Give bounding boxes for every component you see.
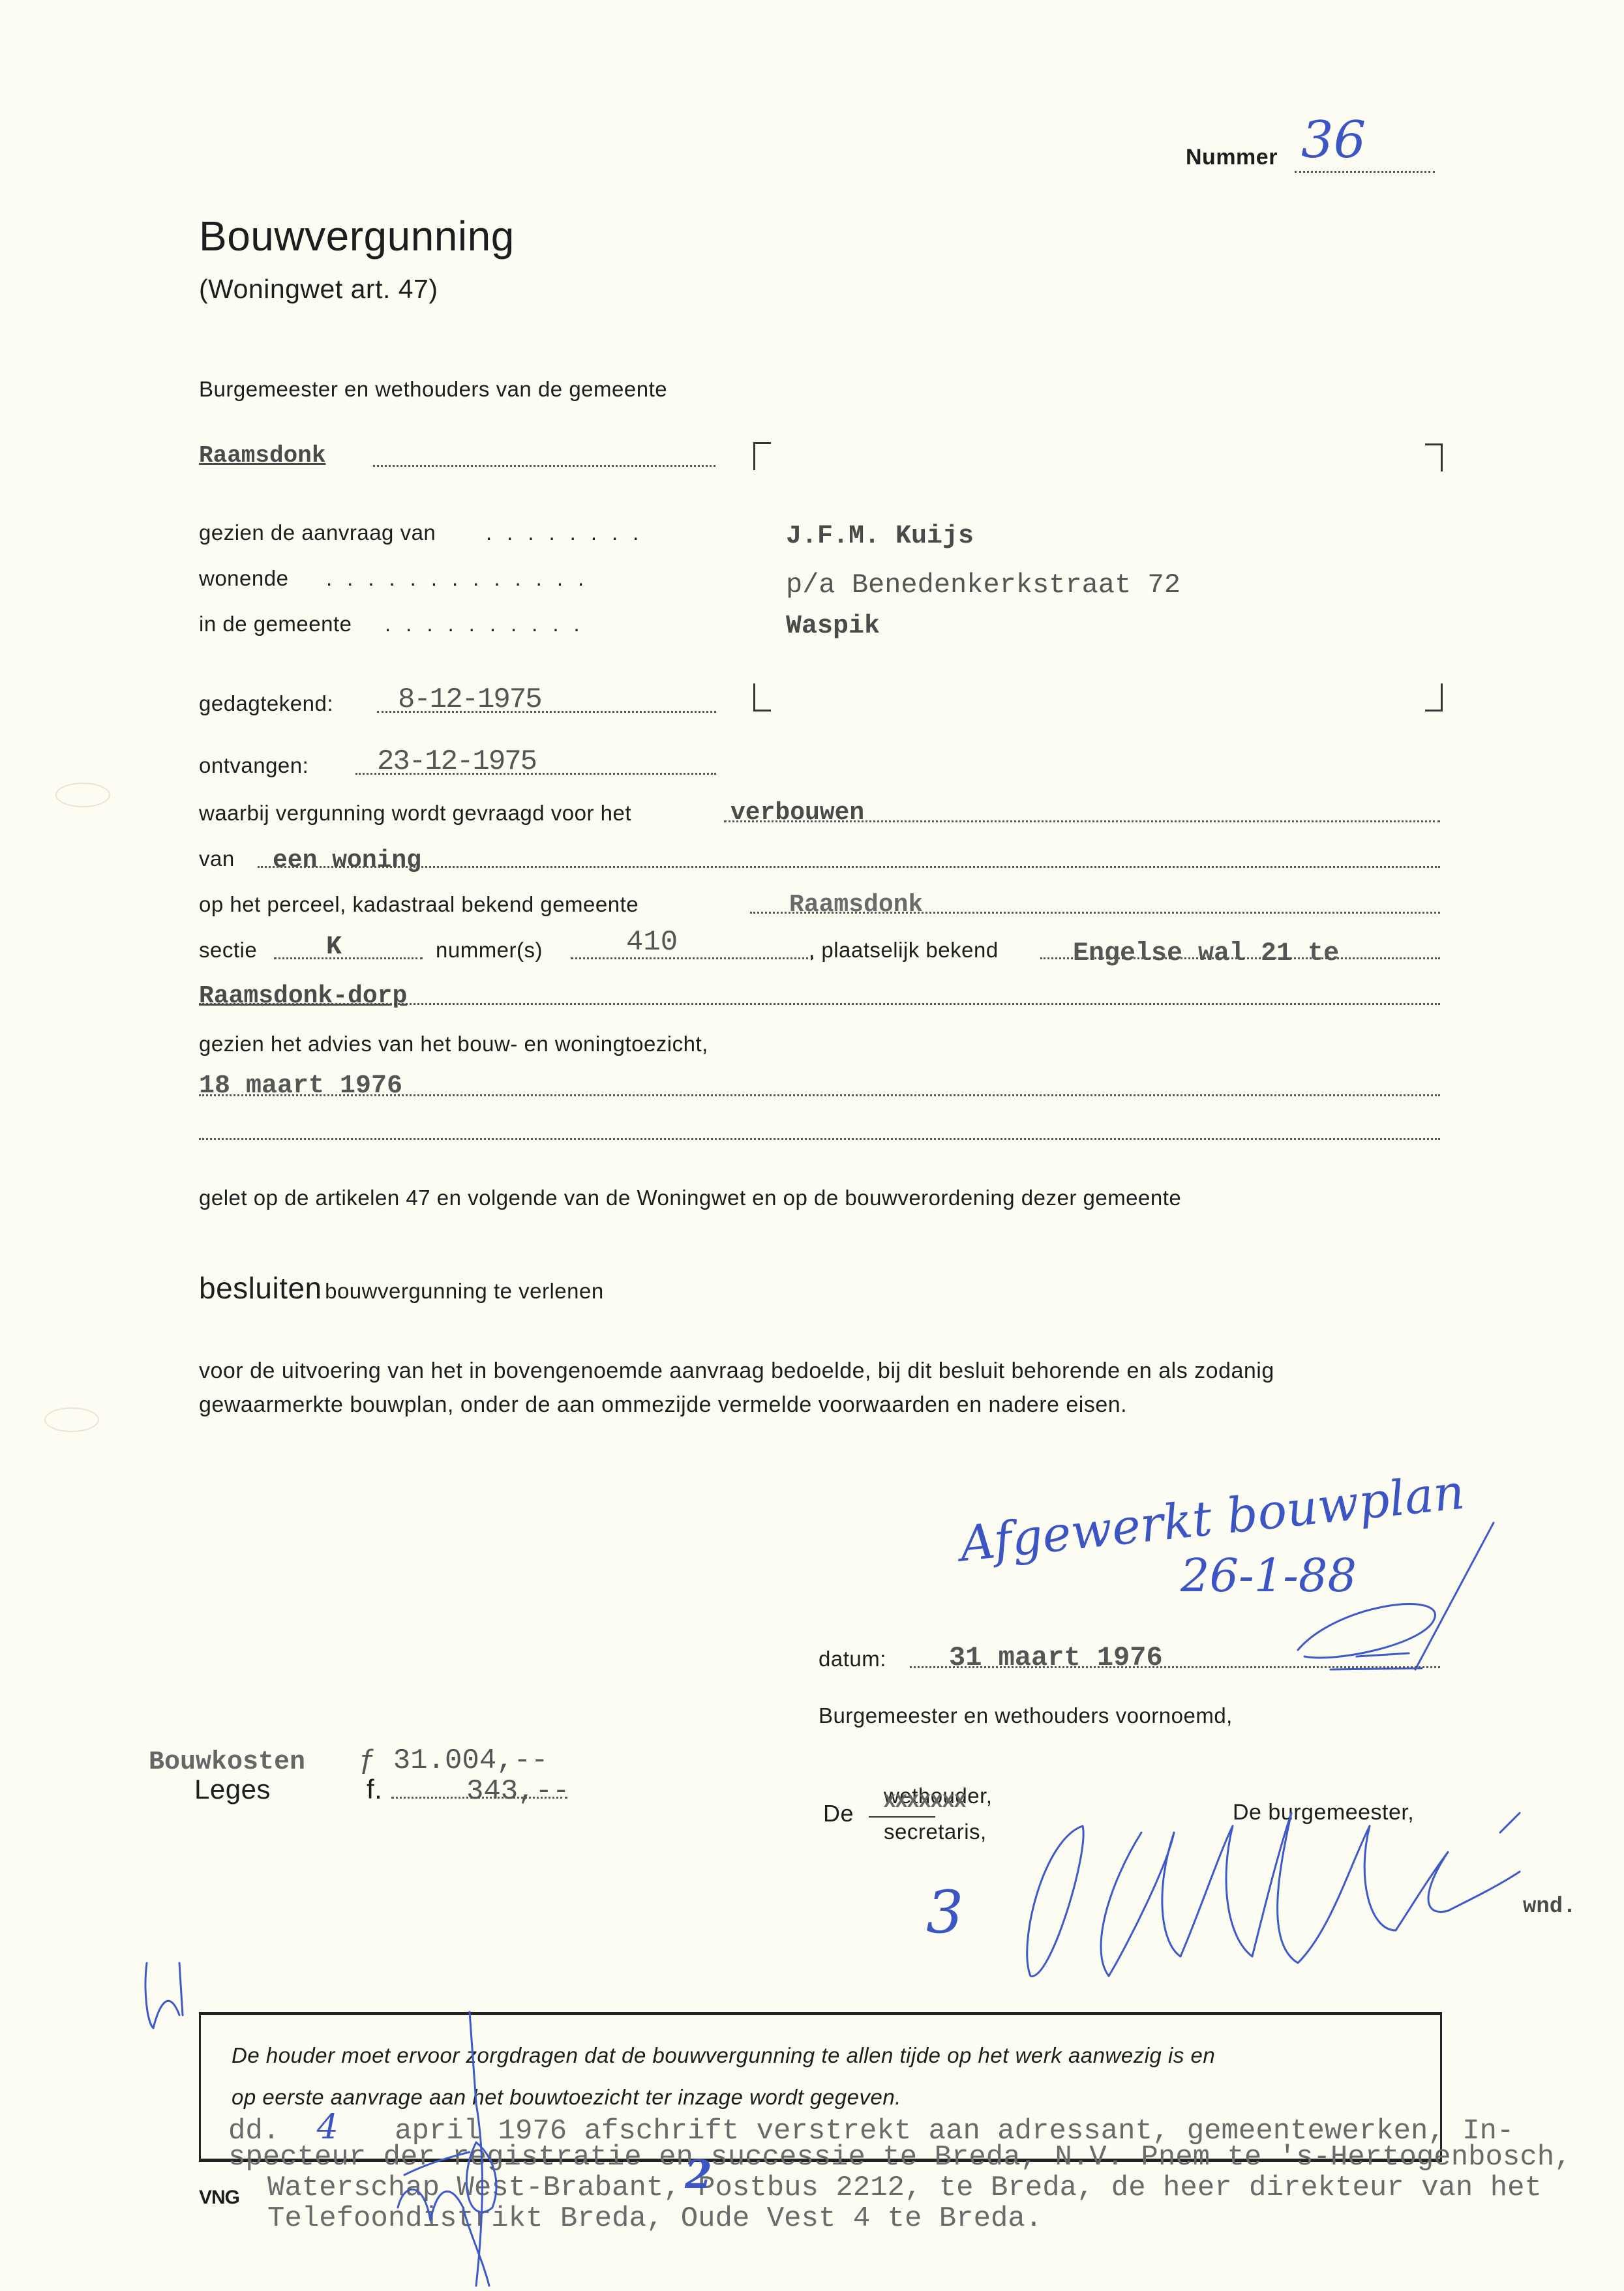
window-corner-tl [753, 442, 771, 470]
window-corner-bl [753, 683, 771, 711]
date-label: datum: [819, 1647, 886, 1671]
page-title: Bouwvergunning [199, 212, 515, 260]
decision-bold: besluiten [199, 1271, 322, 1305]
section-line [274, 957, 423, 959]
applicant-city: Waspik [786, 612, 880, 641]
page-subtitle: (Woningwet art. 47) [199, 274, 438, 305]
fees-value: 343,-- [466, 1775, 569, 1808]
wnd-label: wnd. [1523, 1894, 1576, 1919]
purpose-label: waarbij vergunning wordt gevraagd voor h… [199, 801, 631, 826]
execution-line-1: voor de uitvoering van het in bovengenoe… [199, 1358, 1274, 1384]
postbus-correction: 2 [685, 2152, 712, 2198]
of-line [258, 866, 1440, 868]
authority-text: Burgemeester en wethouders van de gemeen… [199, 377, 667, 402]
received-date-label: ontvangen: [199, 753, 308, 778]
municipality-label: in de gemeente [199, 612, 352, 636]
number-value: 36 [1301, 111, 1366, 170]
section-label: sectie [199, 938, 257, 963]
numbers-label: nummer(s) [436, 938, 543, 963]
date-value: 31 maart 1976 [949, 1642, 1163, 1673]
request-dots: ........ [486, 520, 654, 545]
locally-known-label: , plaatselijk bekend [809, 938, 999, 963]
window-corner-br [1425, 683, 1443, 711]
request-label: gezien de aanvraag van [199, 520, 436, 545]
advice-value: 18 maart 1976 [199, 1071, 402, 1101]
parcel-municipality: Raamsdonk [789, 891, 923, 919]
signed-date-value: 8-12-1975 [398, 683, 541, 716]
publisher-mark: VNG [199, 2187, 239, 2209]
municipality-line [373, 465, 715, 467]
secretary-mark: 3 [926, 1878, 963, 1947]
fees-label: Leges [194, 1774, 271, 1805]
signed-date-label: gedagtekend: [199, 691, 333, 716]
number-field-line [1295, 171, 1435, 173]
municipality-value: Raamsdonk [199, 442, 325, 469]
decision-line: besluiten bouwvergunning te verlenen [199, 1270, 604, 1306]
section-value: K [326, 933, 342, 962]
window-corner-tr [1425, 443, 1443, 472]
locally-known-value: Engelse wal 21 te [1073, 939, 1339, 968]
locally-known-value-2: Raamsdonk-dorp [199, 982, 407, 1010]
residing-label: wonende [199, 566, 288, 591]
mayor-signature [1004, 1813, 1526, 1983]
role-divider [869, 1816, 935, 1818]
residing-dots: ............. [326, 566, 599, 591]
advice-line-2 [199, 1138, 1440, 1140]
distribution-scribble [378, 2012, 509, 2286]
decision-rest: bouwvergunning te verlenen [325, 1279, 604, 1303]
role-secretary: secretaris, [884, 1819, 987, 1844]
numbers-value: 410 [626, 926, 678, 959]
closing-text: Burgemeester en wethouders voornoemd, [819, 1703, 1233, 1728]
purpose-value: verbouwen [730, 799, 864, 827]
applicant-name: J.F.M. Kuijs [786, 522, 974, 551]
punch-hole-top [55, 783, 110, 807]
notice-line-2: op eerste aanvrage aan het bouwtoezicht … [232, 2085, 901, 2110]
numbers-line [571, 957, 813, 959]
parcel-label: op het perceel, kadastraal bekend gemeen… [199, 892, 639, 917]
fees-prefix: f. [367, 1774, 382, 1805]
de-label: De [823, 1800, 854, 1827]
articles-text: gelet op de artikelen 47 en volgende van… [199, 1186, 1181, 1210]
role-struck-overtype: XXXXXXX [884, 1791, 966, 1814]
municipality-dots: .......... [385, 612, 595, 636]
execution-line-2: gewaarmerkte bouwplan, onder de aan omme… [199, 1392, 1127, 1418]
of-label: van [199, 846, 235, 871]
advice-label: gezien het advies van het bouw- en wonin… [199, 1032, 708, 1056]
building-costs-label: Bouwkosten [149, 1748, 305, 1777]
applicant-address: p/a Benedenkerkstraat 72 [786, 569, 1180, 601]
initials-scribble [1272, 1520, 1500, 1676]
number-label: Nummer [1186, 145, 1278, 170]
building-costs-value: ƒ 31.004,-- [359, 1744, 548, 1777]
received-date-value: 23-12-1975 [377, 745, 536, 778]
of-value: een woning [273, 846, 421, 875]
punch-hole-bottom [44, 1407, 99, 1432]
